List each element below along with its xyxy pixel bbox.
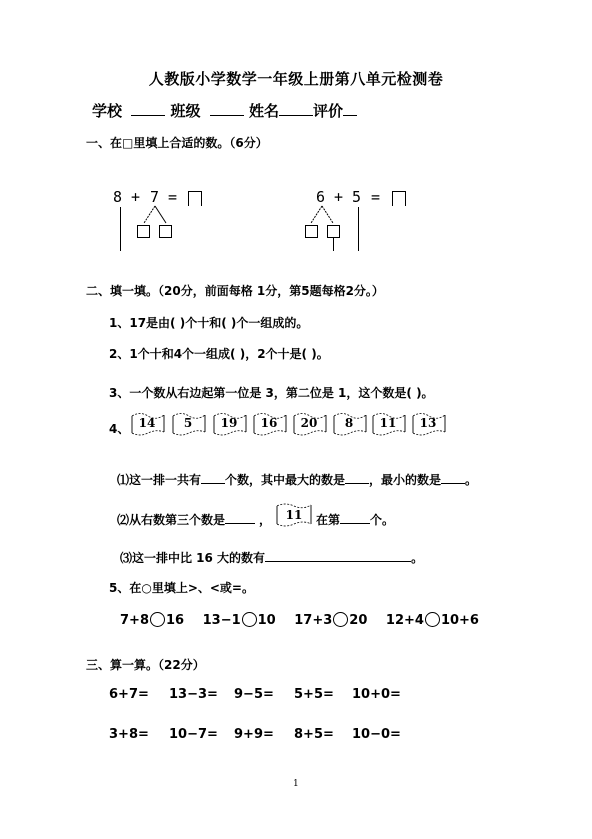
subquestion-3: ⑶这一排中比 16 大的数有。	[120, 549, 423, 566]
compare-row: 7+816 13−110 17+320 12+410+6	[120, 612, 479, 628]
card-value: 16	[252, 416, 286, 430]
compare-circle[interactable]	[333, 612, 348, 627]
question-5: 5、在○里填上>、<或=。	[109, 579, 254, 596]
subquestion-1: ⑴这一排一共有个数，其中最大的数是，最小的数是。	[117, 471, 477, 488]
min-blank[interactable]	[441, 471, 465, 484]
section1-heading: 一、在□里填上合适的数。（6分）	[86, 134, 268, 151]
rating-label: 评价	[313, 102, 343, 120]
page-number: 1	[293, 779, 299, 789]
max-blank[interactable]	[345, 471, 369, 484]
operand-a: 6	[316, 188, 325, 206]
operator: +	[131, 188, 140, 206]
compare-left: 13−1	[203, 613, 241, 628]
class-blank[interactable]	[210, 101, 244, 116]
compare-item: 7+816	[120, 613, 184, 628]
answer-box[interactable]	[392, 191, 406, 206]
number-card: 8	[332, 411, 366, 435]
sub1-text-a: ⑴这一排一共有	[117, 473, 201, 487]
calc-item: 8+5=	[294, 727, 334, 742]
calc-item: 9−5=	[234, 687, 274, 702]
sub1-text-c: ，最小的数是	[369, 473, 441, 487]
calc-item: 13−3=	[169, 687, 218, 702]
sub2-text-b: ，	[259, 513, 271, 527]
name-label: 姓名	[249, 102, 279, 120]
calc-item: 3+8=	[109, 727, 149, 742]
number-card: 14	[130, 411, 164, 435]
calc-item: 10+0=	[352, 687, 401, 702]
number-card: 19	[212, 411, 246, 435]
position-blank[interactable]	[340, 511, 370, 524]
subquestion-2: ⑵从右数第三个数是，	[117, 511, 271, 528]
equals: =	[168, 188, 177, 206]
compare-left: 17+3	[294, 613, 332, 628]
card-value: 13	[411, 416, 445, 430]
number-card: 16	[252, 411, 286, 435]
sub3-text-a: ⑶这一排中比 16 大的数有	[120, 551, 265, 565]
compare-circle[interactable]	[425, 612, 440, 627]
question-2: 2、1个十和4个一组成( )，2个十是( )。	[109, 345, 329, 362]
operand-a: 8	[113, 188, 122, 206]
operator: +	[334, 188, 343, 206]
tally-line	[120, 207, 121, 251]
operand-b: 5	[352, 188, 361, 206]
greater-than-16-blank[interactable]	[265, 549, 411, 562]
sub2-text-d: 个。	[370, 513, 394, 527]
third-from-right-blank[interactable]	[225, 511, 255, 524]
rating-blank[interactable]	[343, 101, 357, 116]
number-card: 20	[292, 411, 326, 435]
card-value: 11	[274, 508, 314, 522]
compare-item: 13−110	[203, 613, 276, 628]
name-blank[interactable]	[279, 101, 313, 116]
card-value: 20	[292, 416, 326, 430]
compare-right: 20	[349, 613, 367, 628]
question-3: 3、一个数从右边起第一位是 3，第二位是 1，这个数是( )。	[109, 384, 434, 401]
count-blank[interactable]	[201, 471, 225, 484]
compare-item: 17+320	[294, 613, 367, 628]
number-card: 13	[411, 411, 445, 435]
calc-item: 9+9=	[234, 727, 274, 742]
compare-item: 12+410+6	[386, 613, 479, 628]
compare-circle[interactable]	[150, 612, 165, 627]
sub2-text-c: 在第	[316, 513, 340, 527]
compare-circle[interactable]	[242, 612, 257, 627]
sub3-text-b: 。	[411, 551, 423, 565]
section3-heading: 三、算一算。（22分）	[86, 656, 205, 673]
answer-box[interactable]	[188, 191, 202, 206]
subquestion-2-tail: 在第个。	[316, 511, 394, 528]
page-title: 人教版小学数学一年级上册第八单元检测卷	[0, 68, 592, 89]
split-box-right[interactable]	[327, 225, 340, 238]
split-box-left[interactable]	[305, 225, 318, 238]
card-value: 5	[171, 416, 205, 430]
question-1: 1、17是由( )个十和( )个一组成的。	[109, 314, 308, 331]
compare-left: 12+4	[386, 613, 424, 628]
split-lines-icon	[306, 205, 336, 225]
equals: =	[371, 188, 380, 206]
school-blank[interactable]	[131, 101, 165, 116]
tally-line	[358, 207, 359, 251]
calc-item: 10−7=	[169, 727, 218, 742]
school-label: 学校	[92, 102, 122, 120]
number-card: 5	[171, 411, 205, 435]
compare-right: 16	[166, 613, 184, 628]
student-info-line: 学校 班级 姓名评价	[92, 100, 357, 121]
card-value: 19	[212, 416, 246, 430]
sub2-text-a: ⑵从右数第三个数是	[117, 513, 225, 527]
sub1-text-d: 。	[465, 473, 477, 487]
number-card: 11	[371, 411, 405, 435]
question-4-label: 4、	[109, 420, 129, 437]
operand-b: 7	[150, 188, 159, 206]
split-box-right[interactable]	[159, 225, 172, 238]
sub1-text-b: 个数，其中最大的数是	[225, 473, 345, 487]
class-label: 班级	[170, 102, 200, 120]
card-value: 8	[332, 416, 366, 430]
compare-left: 7+8	[120, 613, 149, 628]
card-value: 14	[130, 416, 164, 430]
card-value: 11	[371, 416, 405, 430]
section2-heading: 二、填一填。（20分，前面每格 1分，第5题每格2分。）	[86, 282, 384, 299]
calc-item: 5+5=	[294, 687, 334, 702]
split-box-left[interactable]	[137, 225, 150, 238]
compare-right: 10+6	[441, 613, 479, 628]
calc-item: 10−0=	[352, 727, 401, 742]
compare-right: 10	[258, 613, 276, 628]
split-lines-icon	[140, 205, 170, 225]
calc-item: 6+7=	[109, 687, 149, 702]
number-card-inline: 11	[274, 502, 314, 528]
tally-line-small	[333, 238, 334, 251]
